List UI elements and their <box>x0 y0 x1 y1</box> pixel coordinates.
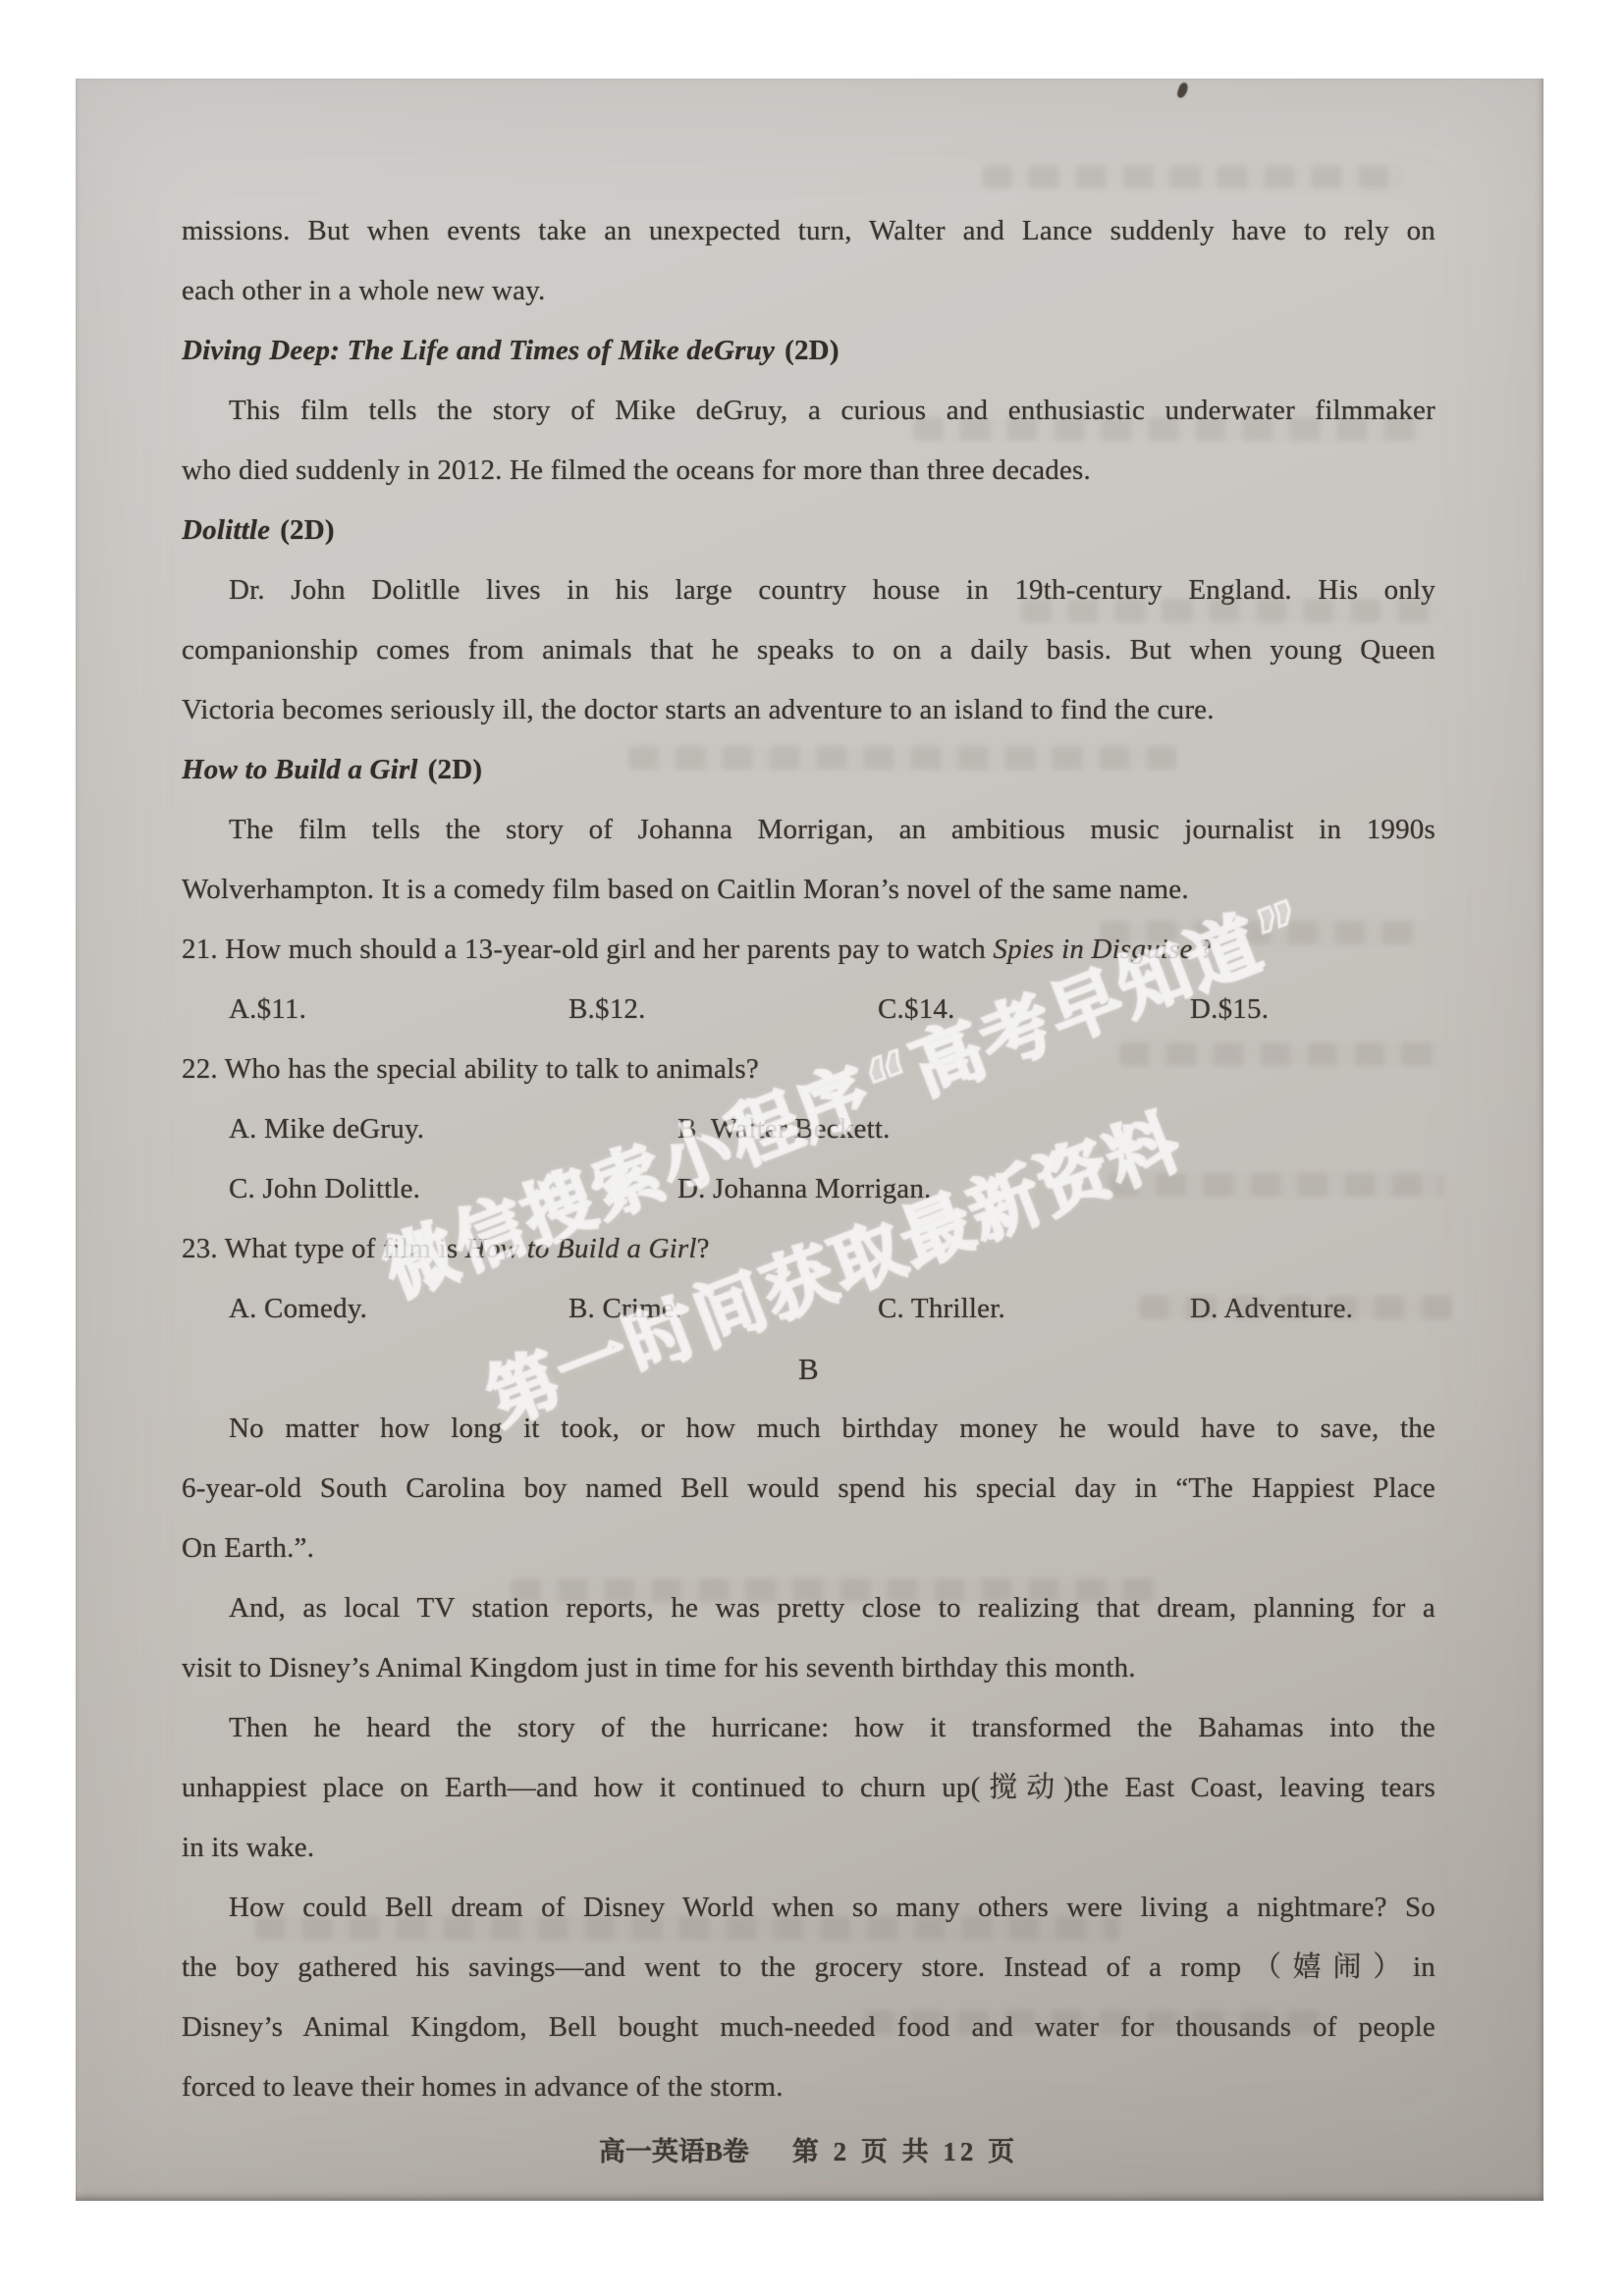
passage-line: companionship comes from animals that he… <box>182 620 1435 680</box>
passage-line: who died suddenly in 2012. He filmed the… <box>182 441 1435 501</box>
passage-line: Wolverhampton. It is a comedy film based… <box>182 860 1435 920</box>
option-23-d: D. Adventure. <box>1190 1279 1435 1339</box>
passage-line: forced to leave their homes in advance o… <box>182 2057 1435 2117</box>
option-21-b: B.$12. <box>568 980 878 1040</box>
question-23: 23. What type of film is How to Build a … <box>182 1219 1435 1279</box>
passage-line: Dr. John Dolitlle lives in his large cou… <box>182 561 1435 620</box>
option-22-b: B. Walter Beckett. <box>677 1099 1435 1159</box>
question-22-options-row-2: C. John Dolittle. D. Johanna Morrigan. <box>182 1159 1435 1219</box>
option-23-b: B. Crime. <box>568 1279 878 1339</box>
section-b-label: B <box>182 1339 1435 1399</box>
passage-line: unhappiest place on Earth—and how it con… <box>182 1758 1435 1818</box>
film-title-text: Dolittle <box>182 514 270 546</box>
passage-line: This film tells the story of Mike deGruy… <box>182 381 1435 441</box>
question-23-suffix: ? <box>697 1233 710 1264</box>
passage-line: The film tells the story of Johanna Morr… <box>182 800 1435 860</box>
exam-page-photo: missions. But when events take an unexpe… <box>76 79 1543 2201</box>
question-22: 22. Who has the special ability to talk … <box>182 1040 1435 1099</box>
question-21: 21. How much should a 13-year-old girl a… <box>182 920 1435 980</box>
question-22-options-row-1: A. Mike deGruy. B. Walter Beckett. <box>182 1099 1435 1159</box>
film-title-heading: Diving Deep: The Life and Times of Mike … <box>182 321 1435 381</box>
film-name-italic: Spies in Disguise <box>993 934 1192 965</box>
option-22-d: D. Johanna Morrigan. <box>677 1159 1435 1219</box>
film-title-heading: How to Build a Girl(2D) <box>182 740 1435 800</box>
passage-line: Disney’s Animal Kingdom, Bell bought muc… <box>182 1998 1435 2057</box>
footer-page-number: 第 2 页 共 12 页 <box>792 2137 1018 2166</box>
passage-line: Victoria becomes seriously ill, the doct… <box>182 680 1435 740</box>
passage-line: Then he heard the story of the hurricane… <box>182 1698 1435 1758</box>
passage-line: in its wake. <box>182 1818 1435 1878</box>
option-21-a: A.$11. <box>229 980 568 1040</box>
option-23-c: C. Thriller. <box>878 1279 1190 1339</box>
option-22-a: A. Mike deGruy. <box>229 1099 677 1159</box>
option-23-a: A. Comedy. <box>229 1279 568 1339</box>
film-format-label: (2D) <box>280 514 335 546</box>
film-title-text: Diving Deep: The Life and Times of Mike … <box>182 335 775 366</box>
question-21-options: A.$11. B.$12. C.$14. D.$15. <box>182 980 1435 1040</box>
passage-line: each other in a whole new way. <box>182 261 1435 321</box>
question-23-options: A. Comedy. B. Crime. C. Thriller. D. Adv… <box>182 1279 1435 1339</box>
passage-line: On Earth.”. <box>182 1519 1435 1578</box>
question-21-text: 21. How much should a 13-year-old girl a… <box>182 934 993 965</box>
exam-text-column: missions. But when events take an unexpe… <box>182 201 1435 2117</box>
passage-line: the boy gathered his savings—and went to… <box>182 1938 1435 1998</box>
film-title-heading: Dolittle(2D) <box>182 501 1435 561</box>
passage-line: No matter how long it took, or how much … <box>182 1399 1435 1459</box>
film-title-text: How to Build a Girl <box>182 754 418 785</box>
passage-line: How could Bell dream of Disney World whe… <box>182 1878 1435 1938</box>
footer-paper-name: 高一英语B卷 <box>599 2137 749 2166</box>
film-format-label: (2D) <box>785 335 839 366</box>
option-22-c: C. John Dolittle. <box>229 1159 677 1219</box>
passage-line: 6-year-old South Carolina boy named Bell… <box>182 1459 1435 1519</box>
question-23-text: 23. What type of film is <box>182 1233 465 1264</box>
passage-line: visit to Disney’s Animal Kingdom just in… <box>182 1638 1435 1698</box>
option-21-c: C.$14. <box>878 980 1190 1040</box>
page-footer: 高一英语B卷第 2 页 共 12 页 <box>182 2130 1435 2168</box>
film-format-label: (2D) <box>428 754 483 785</box>
passage-line: missions. But when events take an unexpe… <box>182 201 1435 261</box>
question-21-suffix: ? <box>1193 934 1214 965</box>
film-name-italic: How to Build a Girl <box>465 1233 697 1264</box>
option-21-d: D.$15. <box>1190 980 1435 1040</box>
passage-line: And, as local TV station reports, he was… <box>182 1578 1435 1638</box>
